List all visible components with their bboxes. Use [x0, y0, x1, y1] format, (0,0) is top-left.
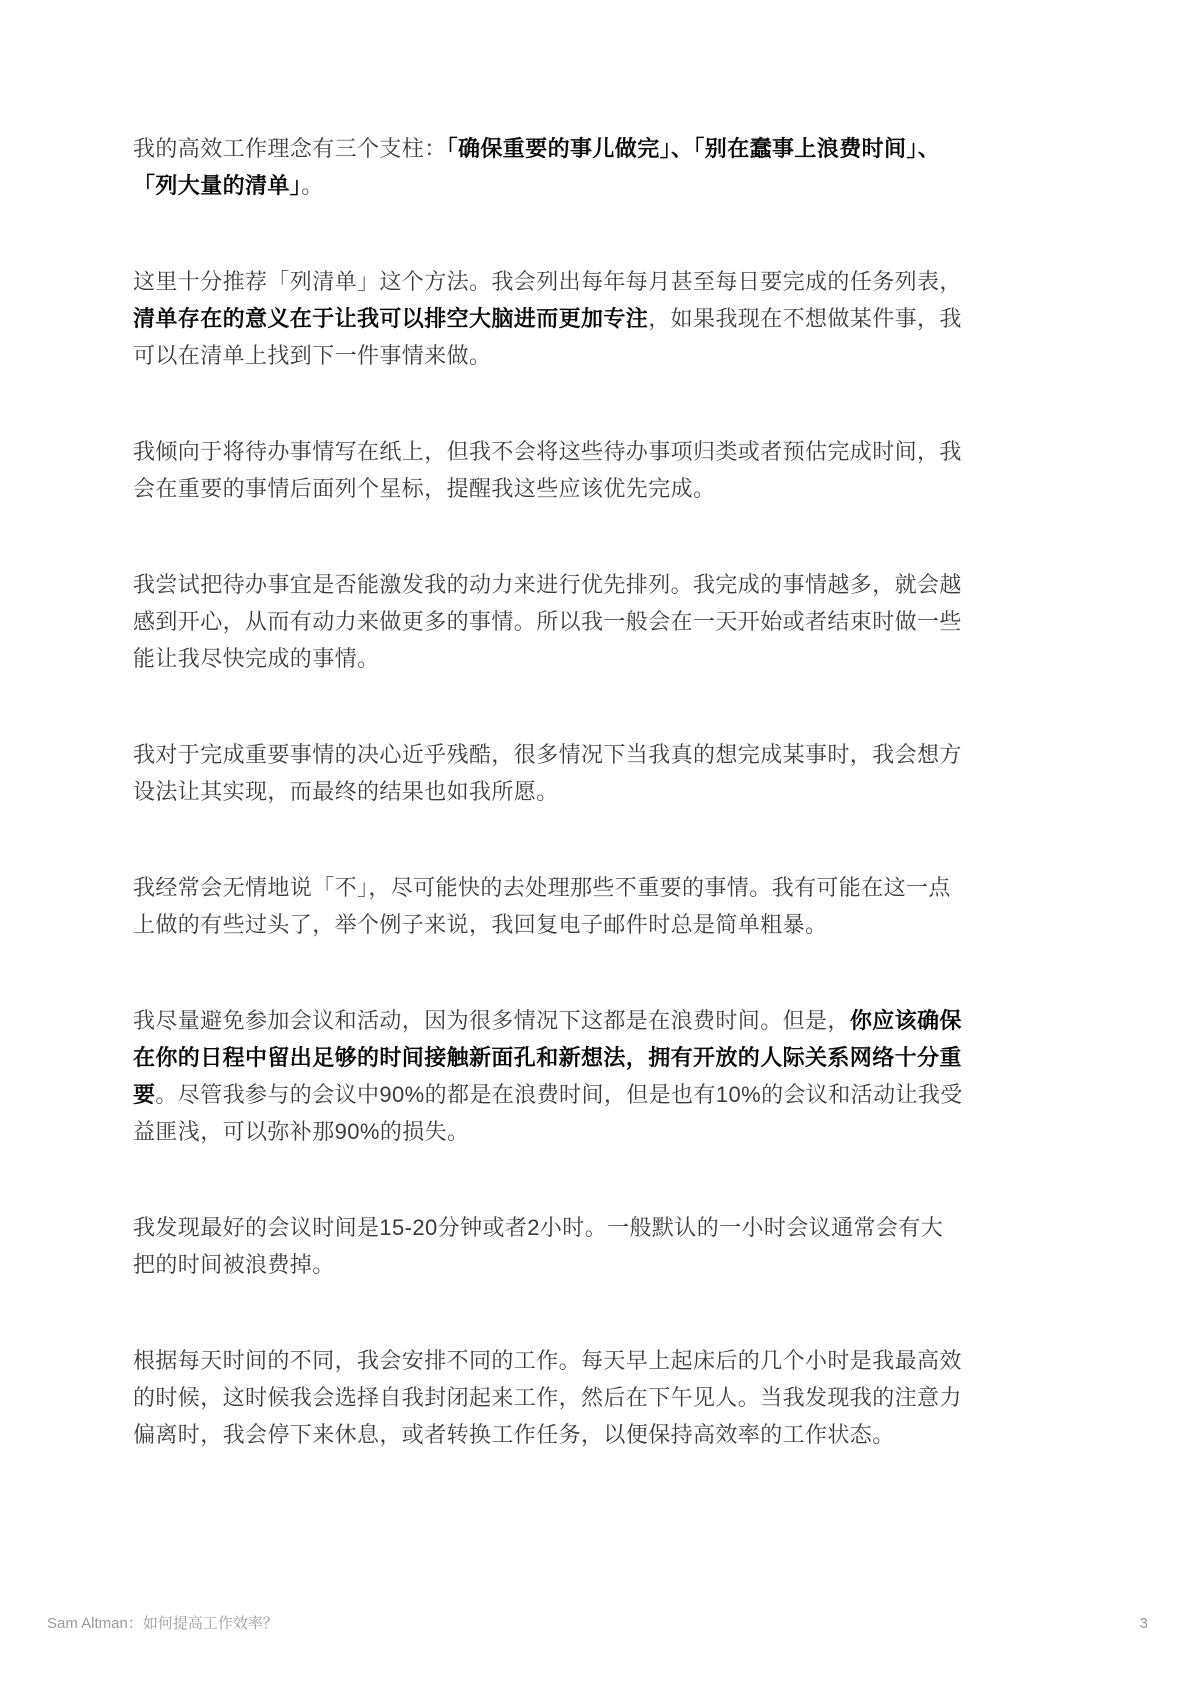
- text-run: 我发现最好的会议时间是15-20分钟或者2小时。一般默认的一小时会议通常会有大把…: [133, 1215, 943, 1277]
- paragraph: 我经常会无情地说「不」，尽可能快的去处理那些不重要的事情。我有可能在这一点上做的…: [133, 869, 963, 943]
- footer-title: Sam Altman：如何提高工作效率？: [47, 1612, 278, 1633]
- document-body: 我的高效工作理念有三个支柱：「确保重要的事儿做完」、「别在蠢事上浪费时间」、「列…: [133, 130, 963, 1512]
- page-footer: Sam Altman：如何提高工作效率？ 3: [0, 1612, 1200, 1633]
- paragraph: 我的高效工作理念有三个支柱：「确保重要的事儿做完」、「别在蠢事上浪费时间」、「列…: [133, 130, 963, 204]
- bold-text-run: 清单存在的意义在于让我可以排空大脑进而更加专注: [133, 306, 648, 331]
- text-run: 根据每天时间的不同，我会安排不同的工作。每天早上起床后的几个小时是我最高效的时候…: [133, 1348, 962, 1447]
- text-run: 。: [301, 173, 323, 198]
- paragraph: 我尽量避免参加会议和活动，因为很多情况下这都是在浪费时间。但是，你应该确保在你的…: [133, 1002, 963, 1150]
- text-run: 我尽量避免参加会议和活动，因为很多情况下这都是在浪费时间。但是，: [133, 1008, 850, 1033]
- text-run: 。尽管我参与的会议中90%的都是在浪费时间，但是也有10%的会议和活动让我受益匪…: [133, 1082, 963, 1144]
- paragraph: 这里十分推荐「列清单」这个方法。我会列出每年每月甚至每日要完成的任务列表，清单存…: [133, 263, 963, 374]
- paragraph: 我倾向于将待办事情写在纸上，但我不会将这些待办事项归类或者预估完成时间，我会在重…: [133, 433, 963, 507]
- paragraph: 我对于完成重要事情的决心近乎残酷，很多情况下当我真的想完成某事时，我会想方设法让…: [133, 736, 963, 810]
- document-page: 我的高效工作理念有三个支柱：「确保重要的事儿做完」、「别在蠢事上浪费时间」、「列…: [0, 0, 1200, 1698]
- text-run: 我尝试把待办事宜是否能激发我的动力来进行优先排列。我完成的事情越多，就会越感到开…: [133, 572, 962, 671]
- page-number: 3: [1140, 1615, 1148, 1632]
- paragraph: 根据每天时间的不同，我会安排不同的工作。每天早上起床后的几个小时是我最高效的时候…: [133, 1342, 963, 1453]
- text-run: 我倾向于将待办事情写在纸上，但我不会将这些待办事项归类或者预估完成时间，我会在重…: [133, 439, 962, 501]
- text-run: 我对于完成重要事情的决心近乎残酷，很多情况下当我真的想完成某事时，我会想方设法让…: [133, 742, 962, 804]
- text-run: 我的高效工作理念有三个支柱：: [133, 136, 447, 161]
- text-run: 我经常会无情地说「不」，尽可能快的去处理那些不重要的事情。我有可能在这一点上做的…: [133, 875, 951, 937]
- paragraph: 我尝试把待办事宜是否能激发我的动力来进行优先排列。我完成的事情越多，就会越感到开…: [133, 566, 963, 677]
- paragraph: 我发现最好的会议时间是15-20分钟或者2小时。一般默认的一小时会议通常会有大把…: [133, 1209, 963, 1283]
- text-run: 这里十分推荐「列清单」这个方法。我会列出每年每月甚至每日要完成的任务列表，: [133, 269, 962, 294]
